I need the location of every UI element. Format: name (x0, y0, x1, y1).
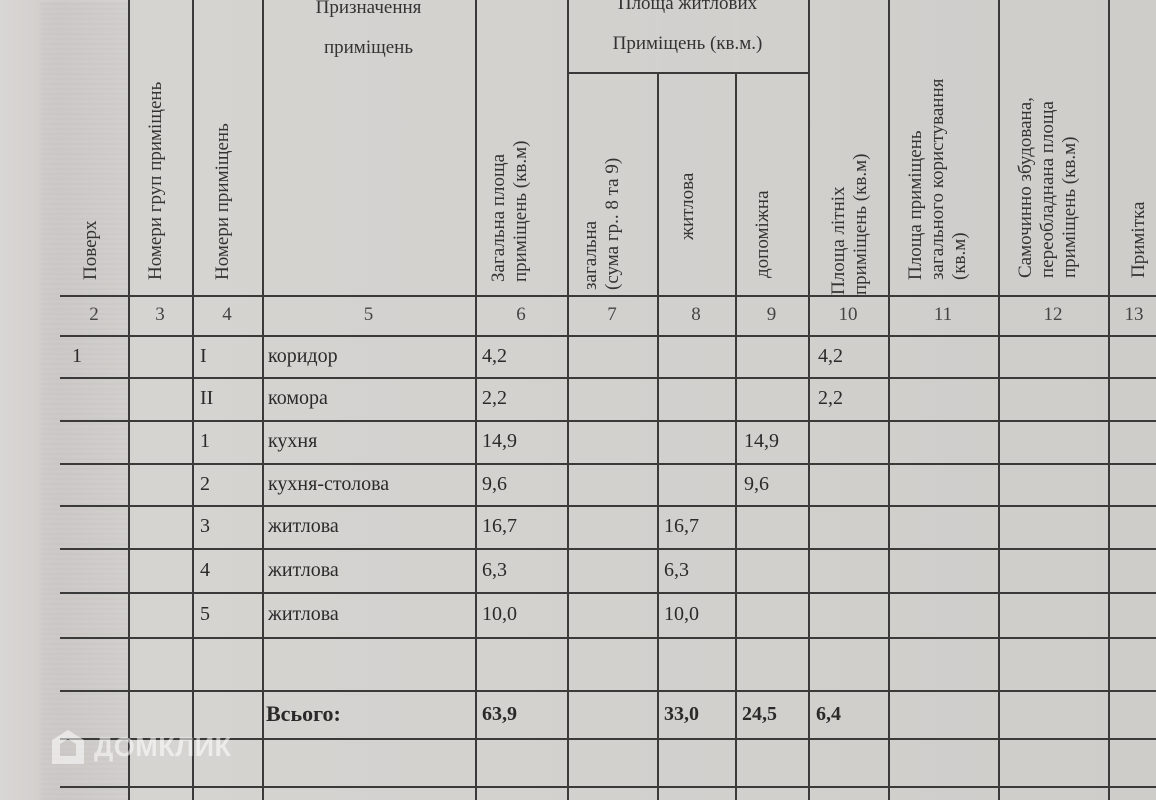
column-number: 2 (60, 295, 128, 335)
auxiliary-area (744, 592, 806, 637)
header-unauth-line1: Самочинно збудована, (1015, 97, 1037, 278)
header-auxiliary: допоміжна (752, 190, 774, 278)
room-number: 2 (200, 463, 260, 505)
column-number: 5 (262, 295, 475, 335)
summer-area (818, 463, 886, 505)
grid-hline (60, 786, 1156, 788)
totals-summer-area: 6,4 (816, 690, 886, 738)
total-area: 10,0 (482, 592, 562, 637)
floor-value: 1 (72, 335, 102, 377)
living-area: 16,7 (664, 505, 734, 548)
totals-total-area: 63,9 (482, 690, 562, 738)
auxiliary-area (744, 335, 806, 377)
total-area: 6,3 (482, 548, 562, 592)
living-total-area (574, 592, 654, 637)
summer-area (818, 420, 886, 463)
room-number: I (200, 335, 260, 377)
column-number: 12 (998, 295, 1108, 335)
living-total-area (574, 548, 654, 592)
header-floor: Поверх (80, 220, 102, 280)
room-purpose: житлова (268, 548, 468, 592)
living-area (664, 335, 734, 377)
auxiliary-area (744, 377, 806, 420)
header-total-area-line1: Загальна площа (488, 141, 510, 282)
room-number: 1 (200, 420, 260, 463)
header-total-area: Загальна площа приміщень (кв.м) (488, 141, 532, 282)
column-number: 11 (888, 295, 998, 335)
scan-edge-shadow (40, 0, 130, 800)
totals-living-area: 33,0 (664, 690, 734, 738)
auxiliary-area (744, 505, 806, 548)
watermark-text: ДОМКЛИК (94, 732, 232, 763)
header-room-numbers: Номери приміщень (212, 123, 234, 280)
grid-hline (567, 72, 808, 74)
living-area: 6,3 (664, 548, 734, 592)
living-area (664, 377, 734, 420)
grid-vline (998, 0, 1000, 800)
header-common-line2: загального користування (927, 79, 949, 280)
column-number: 7 (567, 295, 657, 335)
summer-area: 4,2 (818, 335, 886, 377)
house-logo-icon (50, 728, 86, 766)
room-number: 3 (200, 505, 260, 548)
summer-area: 2,2 (818, 377, 886, 420)
total-area: 9,6 (482, 463, 562, 505)
grid-vline (735, 0, 737, 800)
summer-area (818, 548, 886, 592)
column-number: 3 (128, 295, 192, 335)
living-total-area (574, 463, 654, 505)
grid-vline (1108, 0, 1110, 800)
room-purpose: житлова (268, 505, 468, 548)
grid-vline (657, 0, 659, 800)
grid-vline (262, 0, 264, 800)
grid-vline (888, 0, 890, 800)
header-summer-line1: Площа літніх (828, 154, 850, 295)
room-number: II (200, 377, 260, 420)
header-unauth-line3: приміщень (кв.м) (1059, 97, 1081, 278)
header-summer-area: Площа літніх приміщень (кв.м) (828, 154, 872, 295)
totals-label: Всього: (266, 690, 466, 738)
total-area: 2,2 (482, 377, 562, 420)
grid-vline (128, 0, 130, 800)
room-purpose: кухня-столова (268, 463, 468, 505)
header-living: житлова (677, 173, 699, 240)
header-living-group-line1: Площа житлових (567, 0, 808, 24)
living-total-area (574, 505, 654, 548)
column-number: 10 (808, 295, 888, 335)
header-living-group-line2: Приміщень (кв.м.) (567, 24, 808, 64)
total-area: 16,7 (482, 505, 562, 548)
header-unauthorized-area: Самочинно збудована, переобладнана площа… (1015, 97, 1081, 278)
auxiliary-area (744, 548, 806, 592)
summer-area (818, 592, 886, 637)
room-purpose: кухня (268, 420, 468, 463)
grid-vline (475, 0, 477, 800)
header-living-area-group: Площа житлових Приміщень (кв.м.) (567, 0, 808, 64)
grid-vline (567, 0, 569, 800)
auxiliary-area: 9,6 (744, 463, 806, 505)
living-area: 10,0 (664, 592, 734, 637)
living-total-area (574, 377, 654, 420)
living-total-area (574, 335, 654, 377)
total-area: 4,2 (482, 335, 562, 377)
grid-vline (808, 0, 810, 800)
header-summer-line2: приміщень (кв.м) (850, 154, 872, 295)
column-number: 6 (475, 295, 567, 335)
header-total-area-line2: приміщень (кв.м) (510, 141, 532, 282)
header-living-total: загальна (сума гр.. 8 та 9) (580, 158, 624, 290)
totals-auxiliary-area: 24,5 (742, 690, 806, 738)
room-purpose: коридор (268, 335, 468, 377)
column-number: 4 (192, 295, 262, 335)
room-purpose: комора (268, 377, 468, 420)
header-group-numbers: Номери груп приміщень (145, 82, 167, 280)
header-living-total-line2: (сума гр.. 8 та 9) (602, 158, 624, 290)
header-common-line1: Площа приміщень (905, 79, 927, 280)
header-unauth-line2: переобладнана площа (1037, 97, 1059, 278)
room-purpose: житлова (268, 592, 468, 637)
column-number: 8 (657, 295, 735, 335)
room-number: 4 (200, 548, 260, 592)
watermark: ДОМКЛИК (50, 728, 232, 766)
header-common-line3: (кв.м) (949, 79, 971, 280)
header-purpose-line1: Призначення (262, 0, 475, 28)
grid-hline (60, 637, 1156, 639)
header-common-area: Площа приміщень загального користування … (905, 79, 971, 280)
grid-vline (192, 0, 194, 800)
auxiliary-area: 14,9 (744, 420, 806, 463)
column-number: 13 (1108, 295, 1156, 335)
grid-hline (60, 690, 1156, 692)
living-total-area (574, 420, 654, 463)
header-purpose: Призначення приміщень (262, 0, 475, 68)
living-area (664, 463, 734, 505)
header-purpose-line2: приміщень (262, 28, 475, 68)
room-number: 5 (200, 592, 260, 637)
total-area: 14,9 (482, 420, 562, 463)
living-area (664, 420, 734, 463)
header-living-total-line1: загальна (580, 158, 602, 290)
summer-area (818, 505, 886, 548)
column-number: 9 (735, 295, 808, 335)
header-note: Примітка (1128, 202, 1150, 278)
